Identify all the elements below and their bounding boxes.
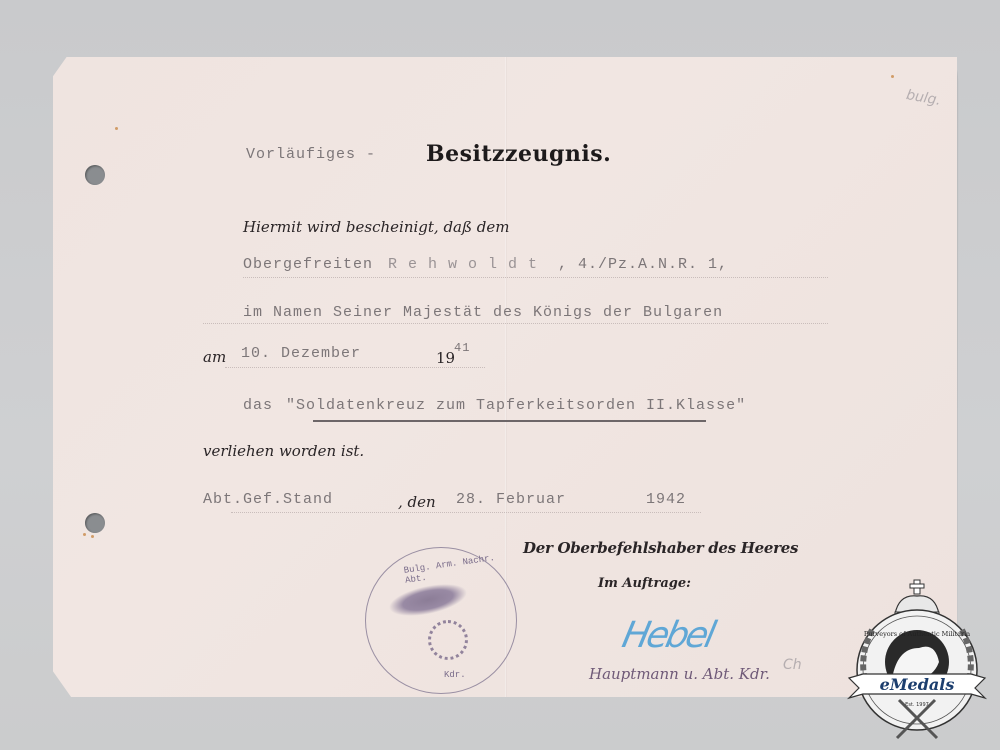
authority-line: im Namen Seiner Majestät des Königs der … — [243, 304, 723, 321]
award-year-prefix: 19 — [436, 349, 455, 367]
emedals-logo-icon: eMedals Est. 1997 Purveyors of Authentic… — [843, 578, 991, 743]
brand-text: eMedals — [880, 675, 955, 694]
ring-text: Purveyors of Authentic Militaria — [864, 630, 970, 638]
date-prefix: am — [203, 348, 226, 366]
recipient-rank: Obergefreiten — [243, 256, 373, 273]
document-title: Besitzzeugnis. — [426, 141, 611, 167]
official-stamp: Bulg. Arm. Nachr. Abt. Kdr. — [365, 547, 517, 694]
pencil-initials: Ch — [783, 657, 802, 673]
recipient-unit: , 4./Pz.A.N.R. 1, — [558, 256, 728, 273]
handwritten-signature: Hebel — [619, 615, 717, 656]
dotted-rule — [203, 323, 828, 324]
issue-year: 1942 — [646, 491, 686, 508]
wreath-emblem — [428, 620, 468, 660]
award-name: "Soldatenkreuz zum Tapferkeitsorden II.K… — [286, 397, 746, 414]
established-text: Est. 1997 — [905, 702, 929, 708]
emedals-watermark: eMedals Est. 1997 Purveyors of Authentic… — [843, 578, 991, 743]
on-behalf-label: Im Auftrage: — [598, 576, 691, 591]
issue-date: 28. Februar — [456, 491, 566, 508]
foxing-spot — [891, 75, 894, 78]
punch-hole-top — [85, 165, 105, 185]
signer-title: Hauptmann u. Abt. Kdr. — [589, 665, 770, 683]
dotted-rule — [225, 367, 485, 368]
foxing-spot — [115, 127, 118, 130]
award-date: 10. Dezember — [241, 345, 361, 362]
date-joiner: , den — [398, 493, 436, 511]
punch-hole-bottom — [85, 513, 105, 533]
certification-line: Hiermit wird bescheinigt, daß dem — [243, 218, 510, 236]
award-underline — [313, 420, 706, 422]
corner-pencil-note: bulg. — [905, 87, 942, 109]
dotted-rule — [231, 512, 701, 513]
issue-place: Abt.Gef.Stand — [203, 491, 333, 508]
foxing-spot — [91, 535, 94, 538]
conferred-line: verliehen worden ist. — [203, 442, 364, 460]
award-year-suffix: 41 — [454, 341, 470, 355]
dotted-rule — [243, 277, 828, 278]
stamp-text-bottom: Kdr. — [444, 670, 466, 680]
title-prefix: Vorläufiges - — [246, 146, 376, 163]
foxing-spot — [83, 533, 86, 536]
recipient-name: R e h w o l d t — [388, 256, 538, 273]
eagle-emblem — [386, 578, 470, 622]
award-prefix: das — [243, 397, 273, 414]
command-authority: Der Oberbefehlshaber des Heeres — [523, 539, 798, 557]
